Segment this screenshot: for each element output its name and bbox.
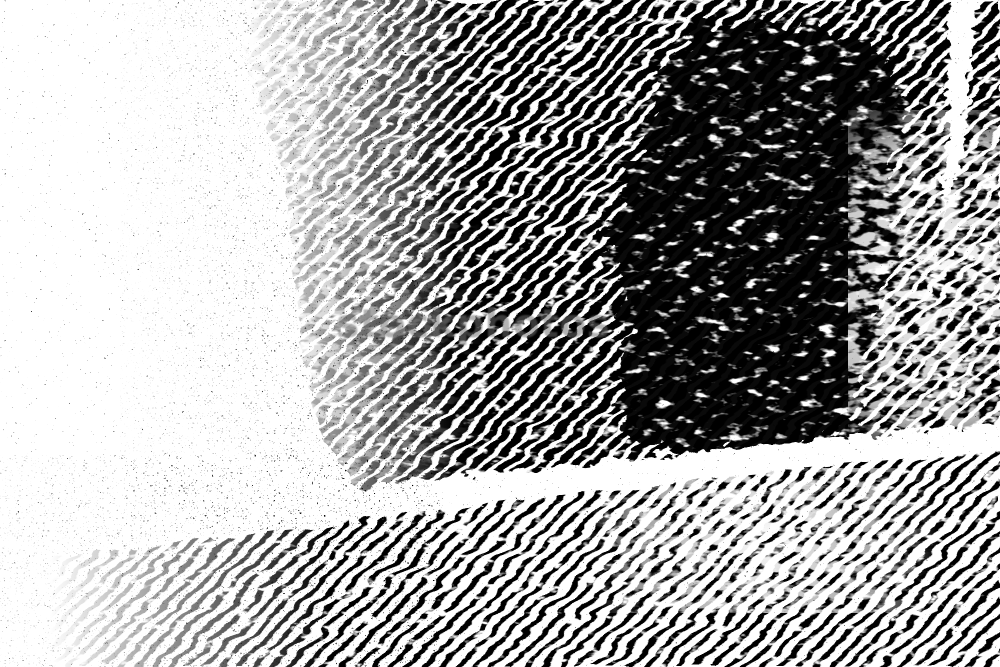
texture-canvas (0, 0, 1000, 667)
speckle-left-boundary (120, 0, 440, 530)
speckle-bottom-left (0, 455, 440, 667)
grunge-texture-photo: stockphotos (0, 0, 1000, 667)
